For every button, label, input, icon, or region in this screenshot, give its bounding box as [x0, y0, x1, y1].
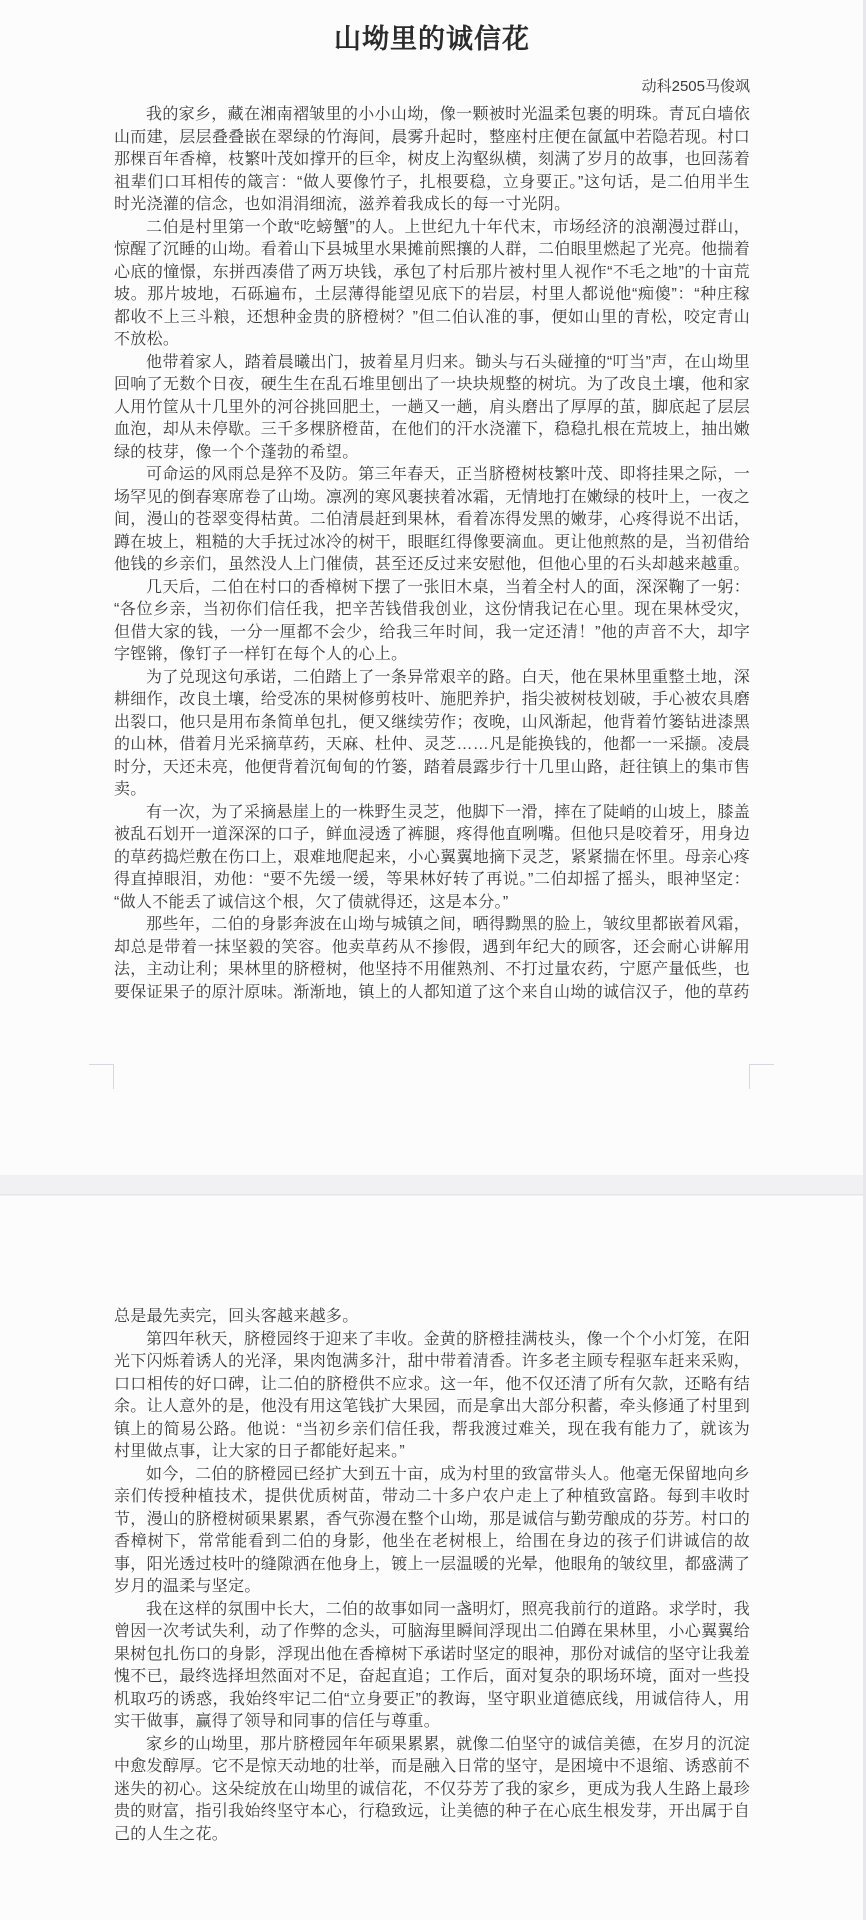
paragraph-9: 第四年秋天，脐橙园终于迎来了丰收。金黄的脐橙挂满枝头，像一个个小灯笼，在阳光下闪…: [114, 1329, 750, 1464]
text-boundary-mark-bottom-left: [89, 1064, 114, 1089]
paragraph-8: 那些年，二伯的身影奔波在山坳与城镇之间，晒得黝黑的脸上，皱纹里都嵌着风霜，却总是…: [114, 914, 750, 1004]
page2-text-area: 总是最先卖完，回头客越来越多。 第四年秋天，脐橙园终于迎来了丰收。金黄的脐橙挂满…: [114, 1306, 750, 1846]
paragraph-11: 我在这样的氛围中长大，二伯的故事如同一盏明灯，照亮我前行的道路。求学时，我曾因一…: [114, 1599, 750, 1734]
paragraph-7: 有一次，为了采摘悬崖上的一株野生灵芝，他脚下一滑，摔在了陡峭的山坡上，膝盖被乱石…: [114, 802, 750, 915]
text-boundary-mark-bottom-right: [749, 1064, 774, 1089]
page-break-gap: [0, 1175, 866, 1195]
document-page-2: 总是最先卖完，回头客越来越多。 第四年秋天，脐橙园终于迎来了丰收。金黄的脐橙挂满…: [0, 1196, 866, 1920]
paragraph-12: 家乡的山坳里，那片脐橙园年年硕果累累，就像二伯坚守的诚信美德，在岁月的沉淀中愈发…: [114, 1734, 750, 1847]
author-byline: 动科2505马俊飒: [114, 76, 750, 98]
paragraph-3: 他带着家人，踏着晨曦出门，披着星月归来。锄头与石头碰撞的“叮当”声，在山坳里回响…: [114, 352, 750, 465]
document-page-1: 山坳里的诚信花 动科2505马俊飒 我的家乡，藏在湘南褶皱里的小小山坳，像一颗被…: [0, 0, 866, 1175]
page1-text-area: 山坳里的诚信花 动科2505马俊飒 我的家乡，藏在湘南褶皱里的小小山坳，像一颗被…: [114, 18, 750, 1004]
paragraph-6: 为了兑现这句承诺，二伯踏上了一条异常艰辛的路。白天，他在果林里重整土地，深耕细作…: [114, 667, 750, 802]
essay-title: 山坳里的诚信花: [114, 18, 750, 60]
paragraph-4: 可命运的风雨总是猝不及防。第三年春天，正当脐橙树枝繁叶茂、即将挂果之际，一场罕见…: [114, 464, 750, 577]
paragraph-5: 几天后，二伯在村口的香樟树下摆了一张旧木桌，当着全村人的面，深深鞠了一躬：“各位…: [114, 577, 750, 667]
paragraph-1: 我的家乡，藏在湘南褶皱里的小小山坳，像一颗被时光温柔包裹的明珠。青瓦白墙依山而建…: [114, 104, 750, 217]
paragraph-8-continuation: 总是最先卖完，回头客越来越多。: [114, 1306, 750, 1329]
document-viewport: 山坳里的诚信花 动科2505马俊飒 我的家乡，藏在湘南褶皱里的小小山坳，像一颗被…: [0, 0, 866, 1920]
paragraph-10: 如今，二伯的脐橙园已经扩大到五十亩，成为村里的致富带头人。他毫无保留地向乡亲们传…: [114, 1464, 750, 1599]
paragraph-2: 二伯是村里第一个敢“吃螃蟹”的人。上世纪九十年代末，市场经济的浪潮漫过群山，惊醒…: [114, 217, 750, 352]
